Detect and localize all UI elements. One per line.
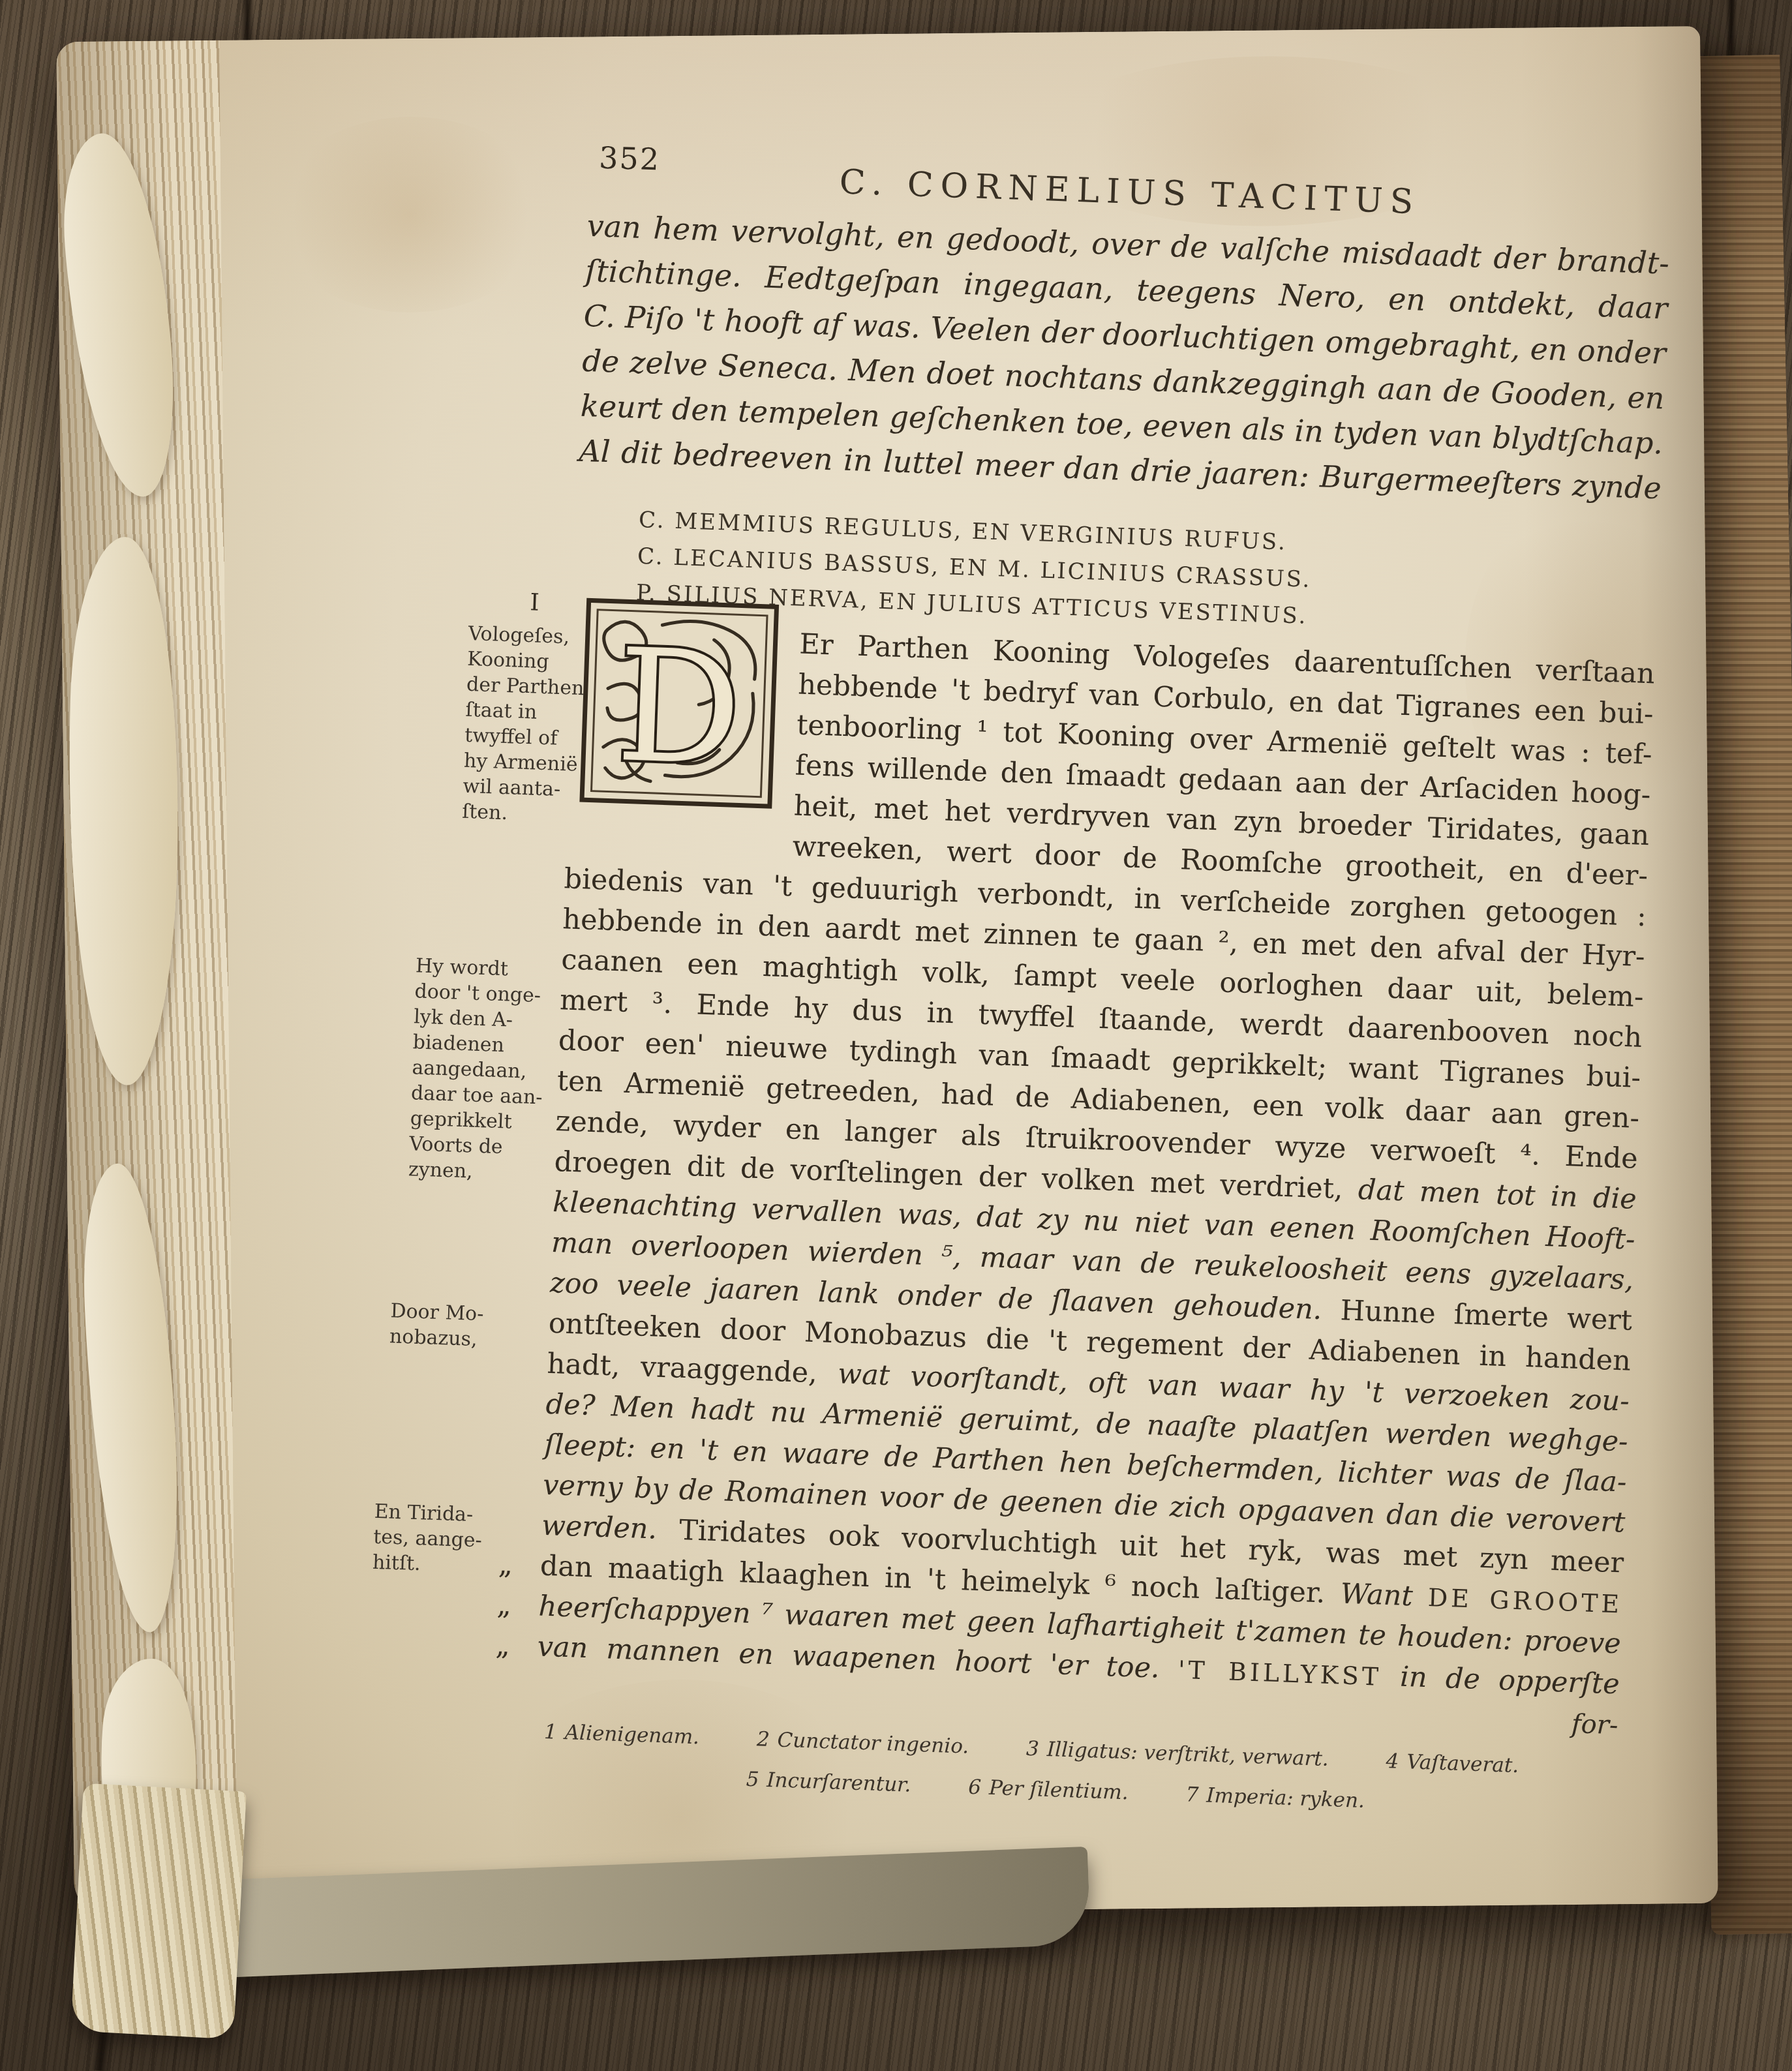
footnote-text: Imperia: ryken. [1206, 1783, 1365, 1812]
text-segment: in de opperſte [1381, 1660, 1620, 1701]
footnote-text: Illigatus: verſtrikt, verwart. [1046, 1738, 1329, 1771]
footnote-entry: 7Imperia: ryken. [1185, 1783, 1365, 1813]
footnote-entry: 1Alienigenam. [543, 1720, 699, 1749]
page-corner-stack [70, 1783, 247, 2040]
text-segment: 'T BILLYKST [1177, 1655, 1382, 1691]
footnote-text: Vaſtaverat. [1406, 1750, 1519, 1777]
footnote-entry: 2Cunctator ingenio. [756, 1727, 969, 1758]
footnote-text: Cunctator ingenio. [777, 1728, 969, 1758]
text-segment: Want [1340, 1577, 1429, 1613]
footnote-number: 3 [1026, 1737, 1040, 1761]
footnote-number: 6 [968, 1776, 982, 1800]
footnote-number: 4 [1386, 1749, 1399, 1774]
section-number: I [530, 589, 540, 616]
book-photo: 352 C. CORNELIUS TACITUS van hem vervolg… [0, 0, 1792, 2071]
margin-note-line: zynen, [408, 1156, 558, 1187]
margin-note-line: nobazus, [389, 1323, 539, 1354]
text-segment: hadt, vraaggende, [547, 1348, 838, 1391]
body-text: Er Parthen Kooning Vologeſes daarentuſſc… [537, 616, 1656, 1704]
footnote-entry: 6Per ſilentium. [968, 1776, 1129, 1805]
text-segment: dat men tot in die [1358, 1173, 1637, 1216]
margin-note-monobazus: Door Mo-nobazus, [389, 1298, 541, 1354]
text-segment: Hunne ſmerte wert [1340, 1294, 1633, 1337]
footnote-number: 5 [746, 1768, 759, 1792]
footnote-number: 7 [1185, 1783, 1199, 1807]
quote-mark: „ [498, 1544, 513, 1585]
footnote-number: 1 [543, 1720, 557, 1744]
footnote-number: 2 [756, 1727, 770, 1751]
footnote-entry: 5Incurſarentur. [746, 1768, 911, 1797]
quote-mark: „ [495, 1625, 511, 1666]
printed-text-block: 352 C. CORNELIUS TACITUS van hem vervolg… [341, 124, 1721, 1995]
quote-mark: „ [496, 1584, 512, 1625]
footnote-entry: 3Illigatus: verſtrikt, verwart. [1026, 1737, 1329, 1771]
intro-paragraph: van hem vervolght, en gedoodt, over de v… [578, 204, 1669, 511]
footnote-text: Per ſilentium. [989, 1776, 1129, 1804]
footnote-row: 5Incurſarentur.6Per ſilentium.7Imperia: … [746, 1768, 1365, 1813]
text-segment: werden. [541, 1509, 680, 1547]
footnote-text: Alienigenam. [564, 1721, 699, 1749]
footnote-text: Incurſarentur. [767, 1768, 911, 1797]
text-segment: DE GROOTE [1427, 1583, 1623, 1618]
margin-note-ongelyk: Hy wordtdoor 't onge-lyk den A-biadenena… [408, 953, 566, 1187]
footnote-entry: 4Vaſtaverat. [1386, 1749, 1519, 1777]
